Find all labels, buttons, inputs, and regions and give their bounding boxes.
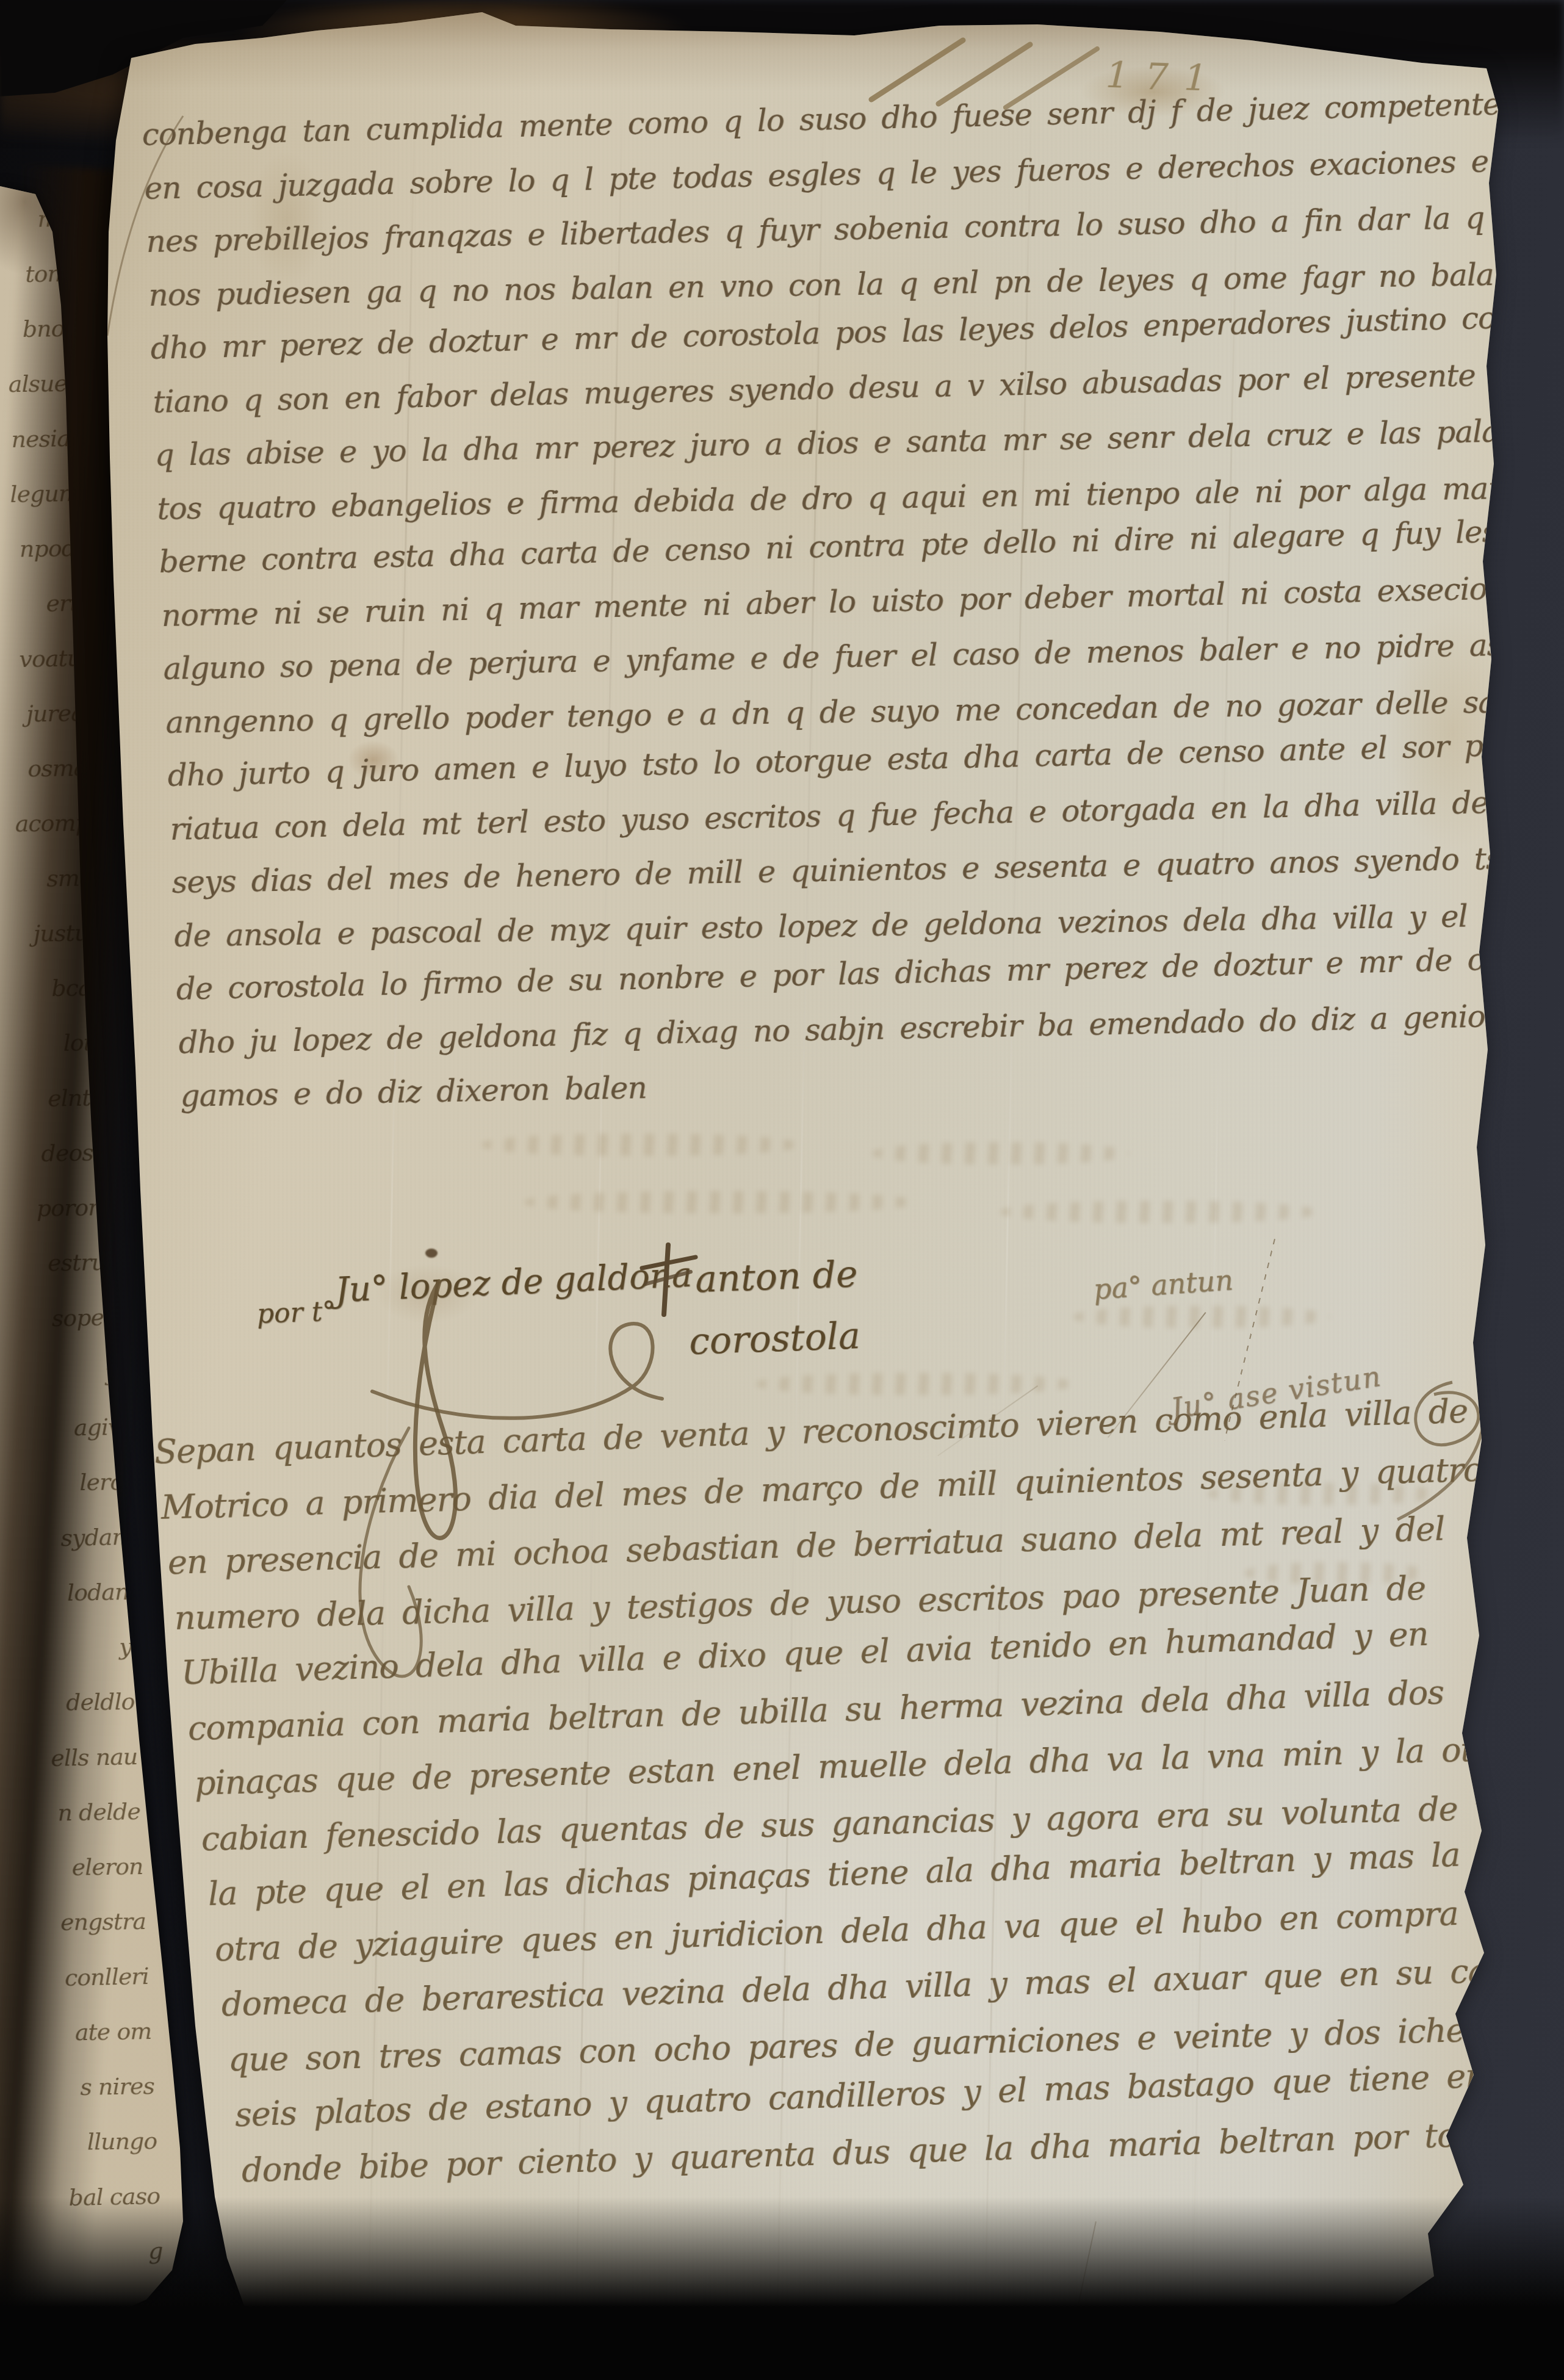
bleed-through-smudge: [482, 1134, 799, 1156]
rubric-flourish: [1361, 1370, 1495, 1535]
signature-center-line2: corostola: [688, 1314, 861, 1363]
lower-text-block: Sepan quantos esta carta de venta y reco…: [0, 0, 1564, 2380]
signature-center-line1: anton de: [694, 1253, 859, 1301]
page-wrap: 171 conbenga tan cumplida mente como q l…: [0, 0, 1564, 2380]
ink-blot: [425, 1249, 438, 1258]
bleed-through-smudge: [525, 1191, 915, 1213]
bleed-through-smudge: [1001, 1201, 1318, 1223]
bleed-through-smudge: [757, 1373, 1074, 1395]
manuscript-photograph: mtonbnoalsuenesialegunnpodertvoatujureao…: [0, 0, 1564, 2380]
bleed-through-smudge: [873, 1142, 1129, 1164]
bottom-shadow: [0, 2197, 1564, 2380]
bleed-through-smudge: [1245, 1562, 1428, 1584]
page-sheet: 171 conbenga tan cumplida mente como q l…: [0, 0, 1564, 2380]
signature-cross-icon: [635, 1240, 702, 1322]
bleed-through-smudge: [1208, 1483, 1440, 1505]
